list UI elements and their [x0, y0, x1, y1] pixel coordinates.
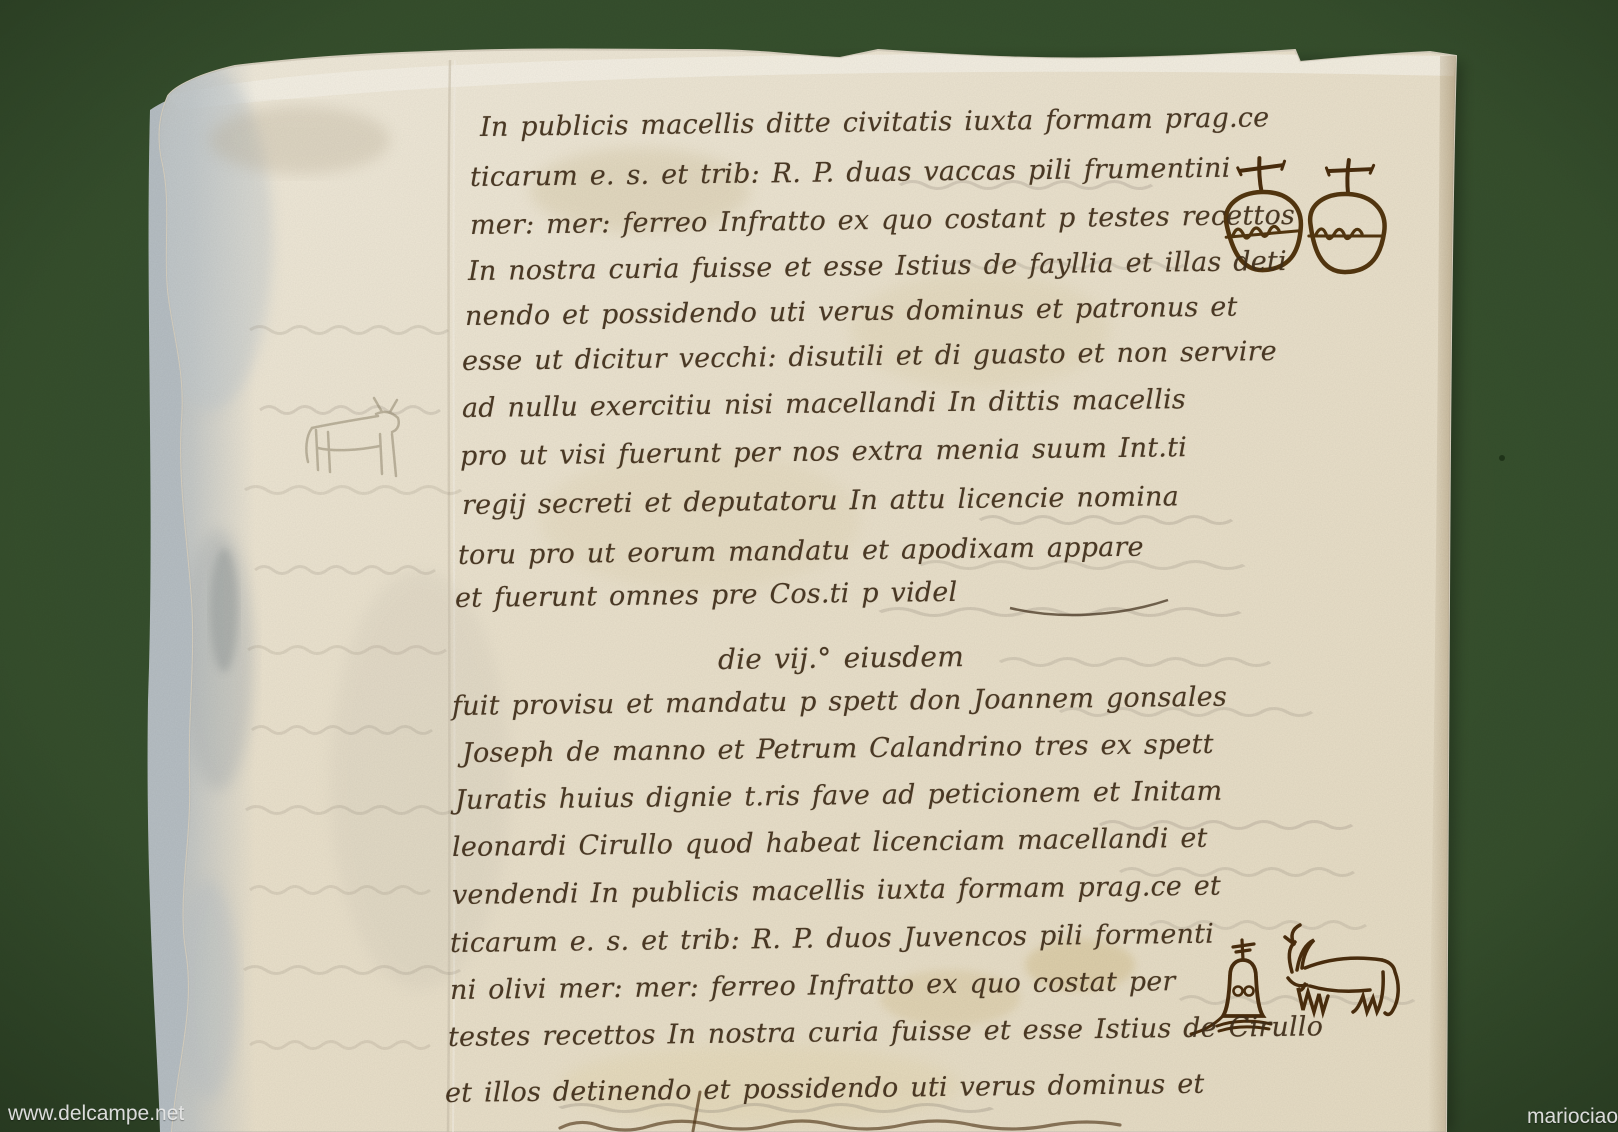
manuscript-line-11: et fuerunt omnes pre Cos.ti p videl: [455, 577, 958, 614]
section-heading-date: die vij.° eiusdem: [718, 640, 964, 676]
watermark-mariociao: mariociao: [1527, 1105, 1618, 1129]
photographed-manuscript-scene: In publicis macellis ditte civitatis iux…: [0, 0, 1618, 1132]
watermark-delcampe: www.delcampe.net: [8, 1102, 184, 1126]
